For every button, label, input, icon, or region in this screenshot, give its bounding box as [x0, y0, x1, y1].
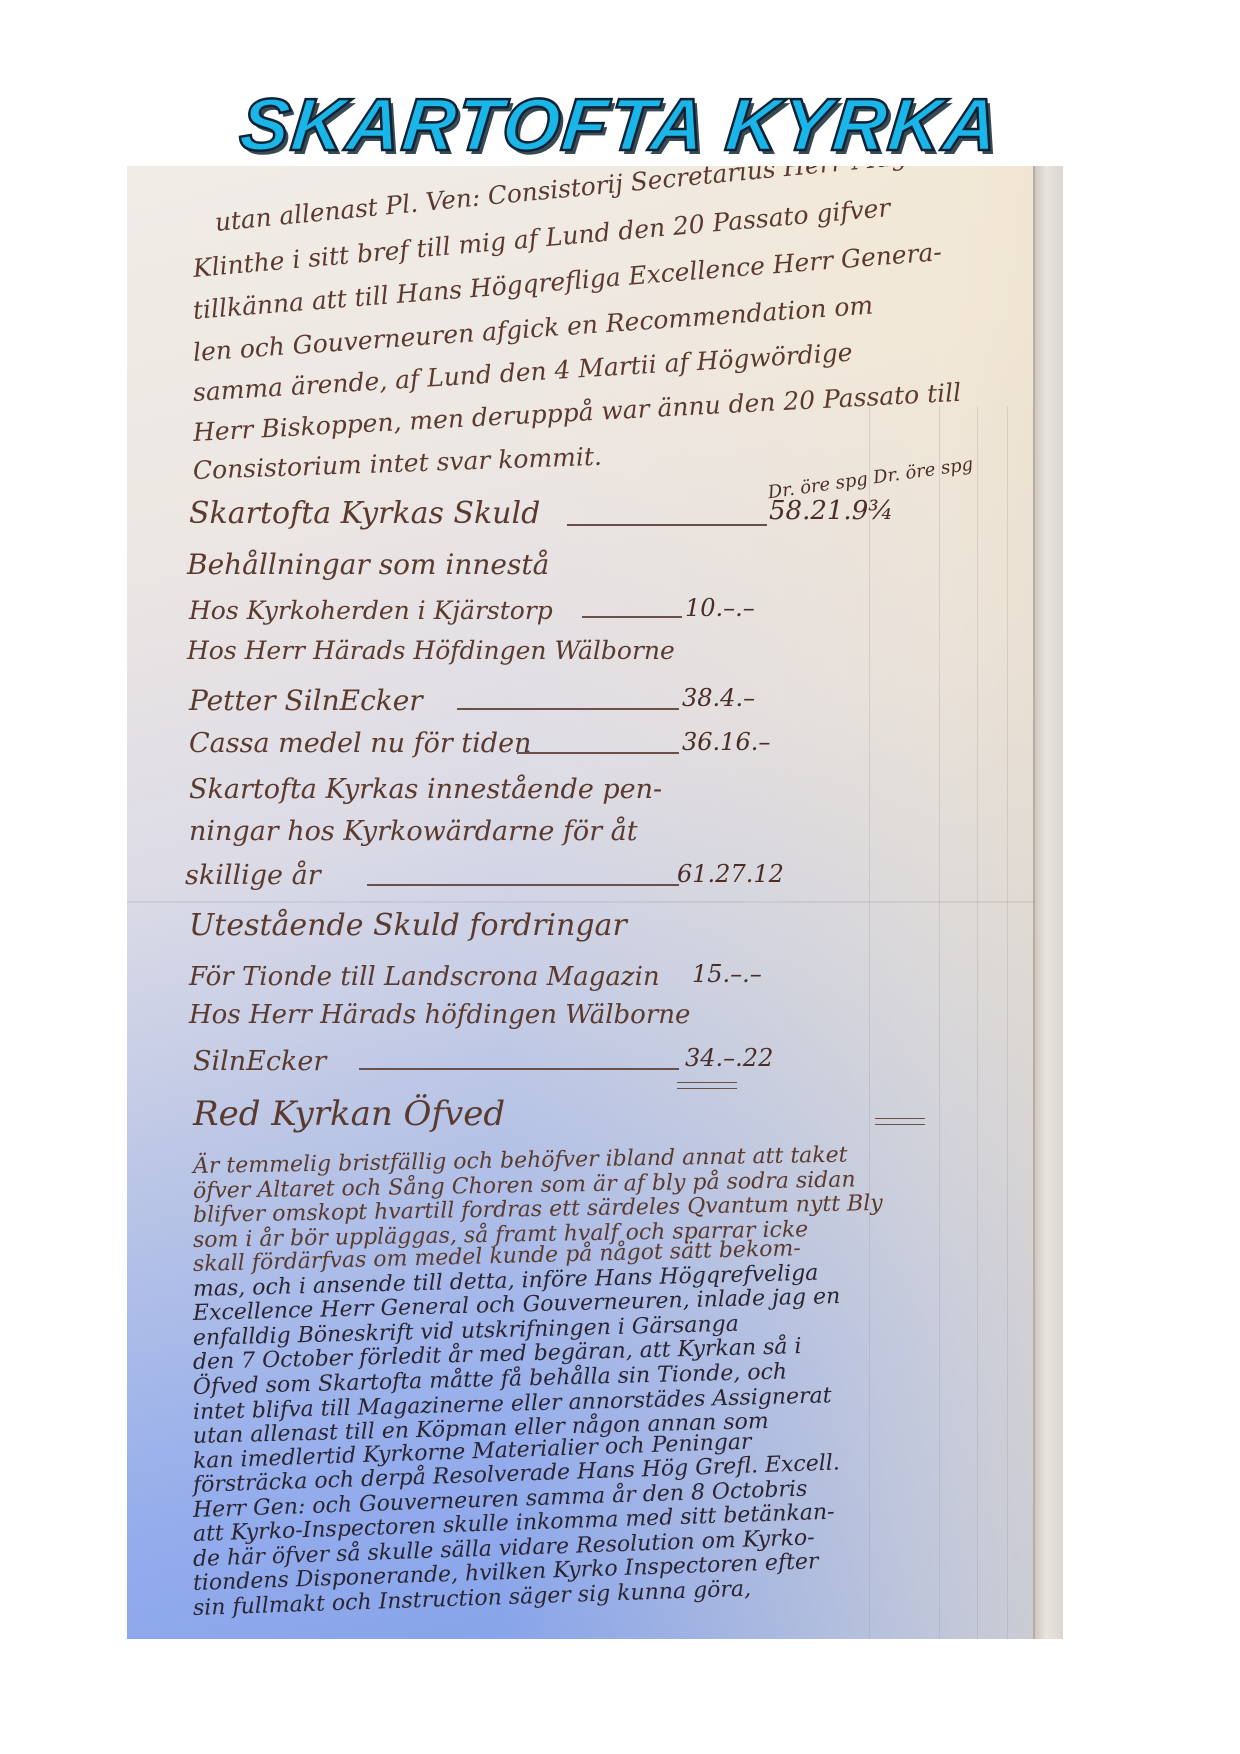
page-fold [127, 901, 1035, 903]
ledger-entry: ningar hos Kyrkowärdarne för åt [189, 816, 638, 847]
leader-line [582, 616, 682, 618]
ledger-entry: Petter SilnEcker [189, 684, 423, 717]
outstanding-entry: SilnEcker [193, 1046, 326, 1077]
section-heading: Skartofta Kyrkas Skuld [189, 496, 540, 531]
ruling-line [869, 406, 870, 1639]
ledger-amount: 38.4.– [682, 684, 755, 712]
leader-line [457, 708, 679, 710]
leader-line [359, 1068, 679, 1070]
ledger-entry: skillige år [185, 860, 321, 891]
page-title: SKARTOFTA KYRKA [0, 82, 1240, 167]
leader-line [567, 524, 767, 526]
debt-amount: 58.21.9¾ [769, 496, 893, 526]
outstanding-heading: Utestående Skuld fordringar [189, 908, 627, 943]
intro-line: Consistorium intet svar kommit. [192, 442, 602, 485]
ledger-entry: Hos Kyrkoherden i Kjärstorp [189, 596, 553, 625]
ledger-heading: Behållningar som innestå [187, 548, 549, 581]
ruling-line [1007, 406, 1008, 1639]
ledger-amount: 10.–.– [685, 594, 755, 622]
outstanding-entry: Hos Herr Härads höfdingen Wälborne [189, 1000, 690, 1030]
ledger-entry: Skartofta Kyrkas innestående pen- [189, 774, 662, 805]
outstanding-entry: För Tionde till Landscrona Magazin [189, 962, 660, 992]
outstanding-amount: 34.–.22 [685, 1044, 773, 1072]
ledger-amount: 36.16.– [682, 728, 770, 756]
church-heading: Red Kyrkan Öfved [193, 1094, 505, 1134]
manuscript-photo: utan allenast Pl. Ven: Consistorij Secre… [127, 166, 1063, 1639]
leader-line [517, 752, 679, 754]
ledger-amount: 61.27.12 [677, 860, 784, 888]
section-double-rule [875, 1118, 925, 1125]
leader-line [367, 884, 679, 886]
ledger-entry: Cassa medel nu för tiden [189, 728, 531, 759]
ruling-line [977, 406, 978, 1639]
outstanding-amount: 15.–.– [692, 960, 762, 988]
total-double-rule [677, 1082, 737, 1089]
ruling-line [939, 406, 940, 1639]
ledger-entry: Hos Herr Härads Höfdingen Wälborne [187, 636, 675, 665]
page-margin-strip [1033, 166, 1063, 1639]
